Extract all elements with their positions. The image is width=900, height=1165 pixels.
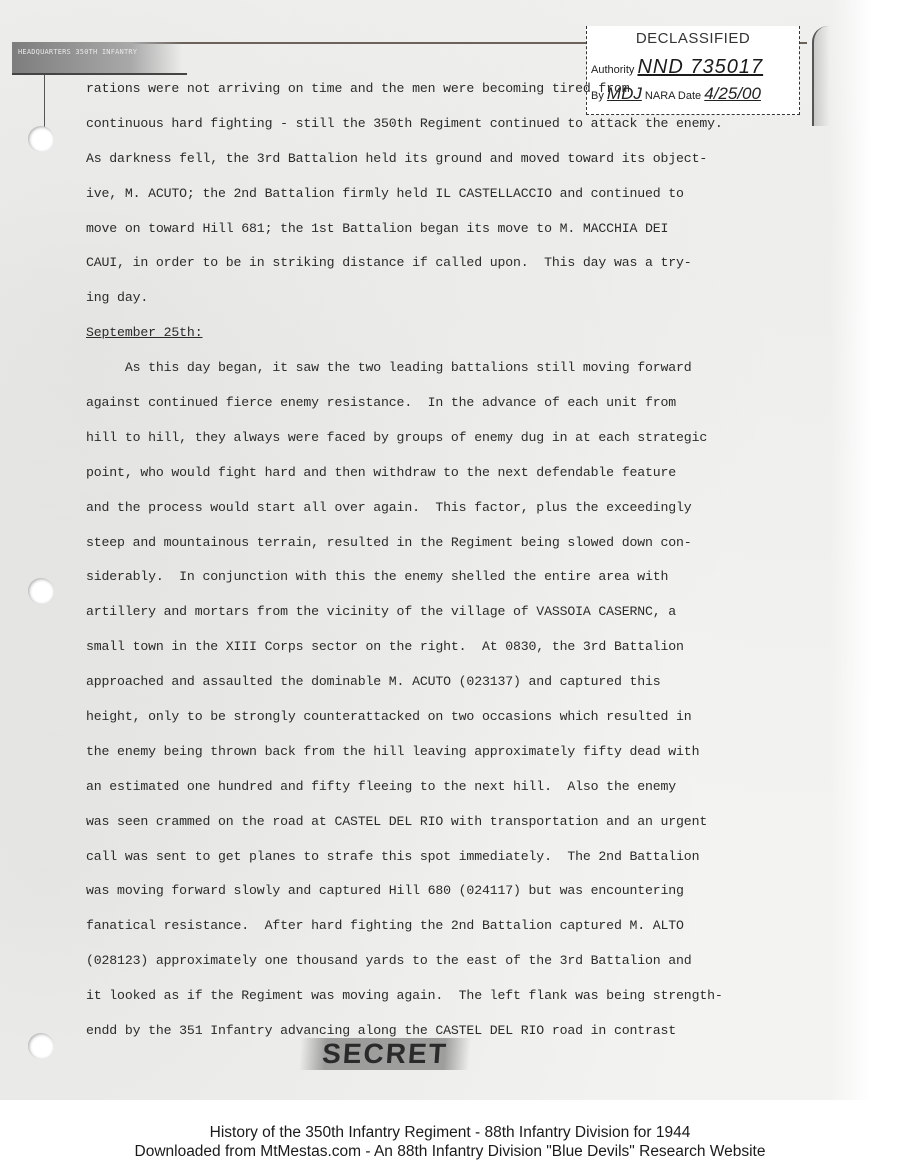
header-strip [12, 42, 182, 73]
text-line: against continued fierce enemy resistanc… [86, 386, 786, 421]
text-line: an estimated one hundred and fifty fleei… [86, 770, 786, 805]
text-line: hill to hill, they always were faced by … [86, 421, 786, 456]
text-line: it looked as if the Regiment was moving … [86, 979, 786, 1014]
text-line: height, only to be strongly counterattac… [86, 700, 786, 735]
text-line: siderably. In conjunction with this the … [86, 560, 786, 595]
text-line: was moving forward slowly and captured H… [86, 874, 786, 909]
page-edge [830, 0, 900, 1100]
text-line: artillery and mortars from the vicinity … [86, 595, 786, 630]
text-line: point, who would fight hard and then wit… [86, 456, 786, 491]
secret-stamp: SECRET [299, 1038, 471, 1070]
text-line: ive, M. ACUTO; the 2nd Battalion firmly … [86, 177, 786, 212]
text-line: continuous hard fighting - still the 350… [86, 107, 786, 142]
scanned-page: HEADQUARTERS 350TH INFANTRY DECLASSIFIED… [0, 0, 900, 1100]
text-line: and the process would start all over aga… [86, 491, 786, 526]
text-line: steep and mountainous terrain, resulted … [86, 526, 786, 561]
text-line: fanatical resistance. After hard fightin… [86, 909, 786, 944]
punch-hole-icon [28, 578, 54, 604]
header-strip-text: HEADQUARTERS 350TH INFANTRY [18, 48, 137, 56]
footer-source: Downloaded from MtMestas.com - An 88th I… [0, 1143, 900, 1161]
typewritten-body: rations were not arriving on time and th… [86, 72, 786, 1049]
text-line: ing day. [86, 281, 786, 316]
text-line: move on toward Hill 681; the 1st Battali… [86, 212, 786, 247]
text-line: CAUI, in order to be in striking distanc… [86, 246, 786, 281]
text-line: approached and assaulted the dominable M… [86, 665, 786, 700]
page-curl [812, 26, 830, 126]
text-line: small town in the XIII Corps sector on t… [86, 630, 786, 665]
text-line: As this day began, it saw the two leadin… [86, 351, 786, 386]
stamp-title: DECLASSIFIED [587, 30, 799, 47]
text-line: the enemy being thrown back from the hil… [86, 735, 786, 770]
punch-hole-icon [28, 126, 54, 152]
text-line: As darkness fell, the 3rd Battalion held… [86, 142, 786, 177]
text-line: (028123) approximately one thousand yard… [86, 944, 786, 979]
text-line: was seen crammed on the road at CASTEL D… [86, 805, 786, 840]
text-line: call was sent to get planes to strafe th… [86, 840, 786, 875]
section-heading: September 25th: [86, 316, 786, 351]
footer-title: History of the 350th Infantry Regiment -… [0, 1124, 900, 1142]
text-line: rations were not arriving on time and th… [86, 72, 786, 107]
punch-hole-icon [28, 1033, 54, 1059]
